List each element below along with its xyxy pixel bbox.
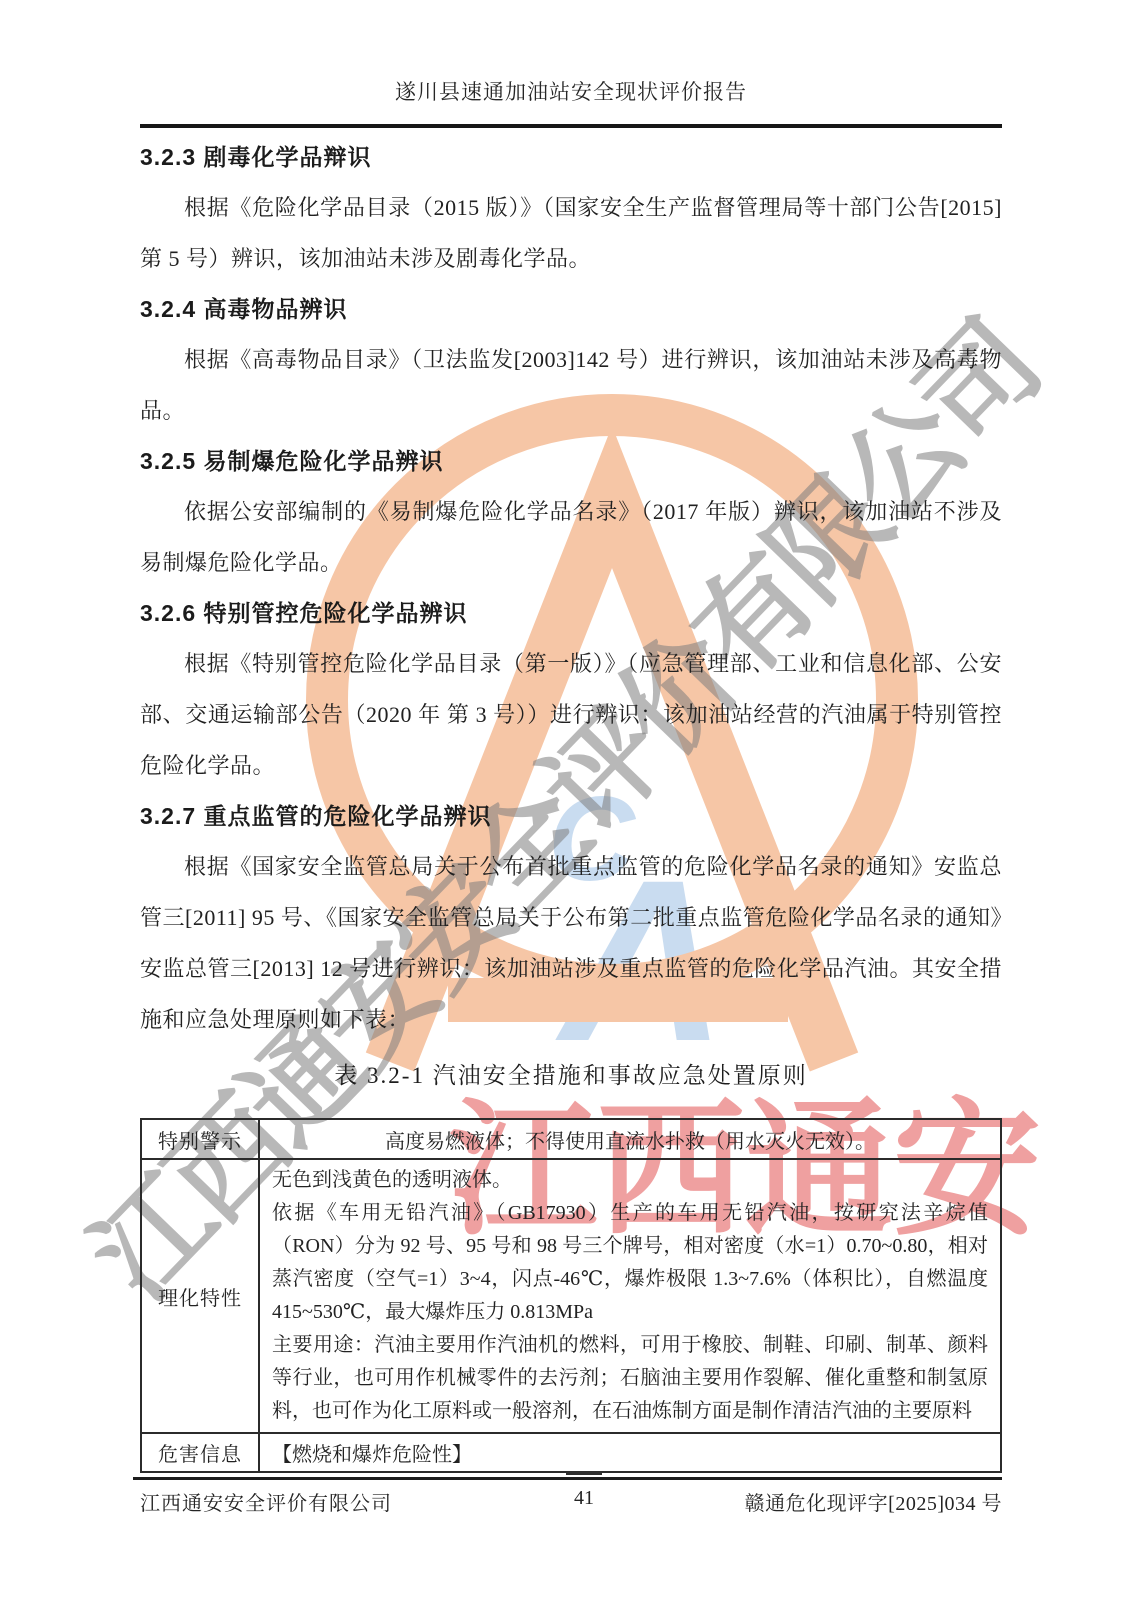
footer-doc-number: 赣通危化现评字[2025]034 号: [745, 1487, 1002, 1516]
section-paragraph: 根据《危险化学品目录（2015 版）》（国家安全生产监督管理局等十部门公告[20…: [140, 182, 1002, 284]
page-content: 遂川县速通加油站安全现状评价报告 3.2.3 剧毒化学品辩识 根据《危险化学品目…: [140, 0, 1002, 1473]
table-row: 理化特性 无色到浅黄色的透明液体。 依据《车用无铅汽油》（GB17930）生产的…: [141, 1159, 1001, 1433]
row-value-hazard-info: 【燃烧和爆炸危险性】: [259, 1433, 1001, 1472]
gasoline-safety-table: 特别警示 高度易燃液体；不得使用直流水扑救（用水灭火无效）。 理化特性 无色到浅…: [140, 1118, 1002, 1473]
table-row: 危害信息 【燃烧和爆炸危险性】: [141, 1433, 1001, 1472]
cell-paragraph: 主要用途：汽油主要用作汽油机的燃料，可用于橡胶、制鞋、印刷、制革、颜料等行业，也…: [272, 1329, 988, 1428]
section-paragraph: 根据《高毒物品目录》（卫法监发[2003]142 号）进行辨识，该加油站未涉及高…: [140, 334, 1002, 436]
section-heading-3-2-4: 3.2.4 高毒物品辨识: [140, 294, 1002, 324]
table-row: 特别警示 高度易燃液体；不得使用直流水扑救（用水灭火无效）。: [141, 1119, 1001, 1159]
row-label-hazard-info: 危害信息: [141, 1433, 259, 1472]
section-paragraph: 依据公安部编制的《易制爆危险化学品名录》（2017 年版）辨识，该加油站不涉及易…: [140, 486, 1002, 588]
report-header-title: 遂川县速通加油站安全现状评价报告: [140, 76, 1002, 106]
footer-company-name: 江西通安安全评价有限公司: [140, 1487, 392, 1516]
footer-rule: [133, 1477, 1002, 1480]
header-rule: [140, 124, 1002, 128]
row-label-physicochemical: 理化特性: [141, 1159, 259, 1433]
document-page: C A 江西通安安全评价有限公司 江西通安 遂川县速通加油站安全现状评价报告 3…: [0, 0, 1131, 1600]
section-heading-3-2-6: 3.2.6 特别管控危险化学品辨识: [140, 598, 1002, 628]
cell-paragraph: 无色到浅黄色的透明液体。: [272, 1164, 988, 1197]
cell-paragraph: 依据《车用无铅汽油》（GB17930）生产的车用无铅汽油，按研究法辛烷值（RON…: [272, 1197, 988, 1329]
footer-page-number: 41: [558, 1487, 610, 1510]
section-heading-3-2-7: 3.2.7 重点监管的危险化学品辨识: [140, 801, 1002, 831]
section-paragraph: 根据《国家安全监管总局关于公布首批重点监管的危险化学品名录的通知》安监总管三[2…: [140, 841, 1002, 1045]
table-caption: 表 3.2-1 汽油安全措施和事故应急处置原则: [140, 1057, 1002, 1090]
row-value-physicochemical: 无色到浅黄色的透明液体。 依据《车用无铅汽油》（GB17930）生产的车用无铅汽…: [259, 1159, 1001, 1433]
row-value-special-warning: 高度易燃液体；不得使用直流水扑救（用水灭火无效）。: [259, 1119, 1001, 1159]
section-heading-3-2-3: 3.2.3 剧毒化学品辩识: [140, 142, 1002, 172]
page-number-tick: [566, 1471, 602, 1475]
section-heading-3-2-5: 3.2.5 易制爆危险化学品辨识: [140, 446, 1002, 476]
section-paragraph: 根据《特别管控危险化学品目录（第一版）》（应急管理部、工业和信息化部、公安部、交…: [140, 638, 1002, 791]
row-label-special-warning: 特别警示: [141, 1119, 259, 1159]
